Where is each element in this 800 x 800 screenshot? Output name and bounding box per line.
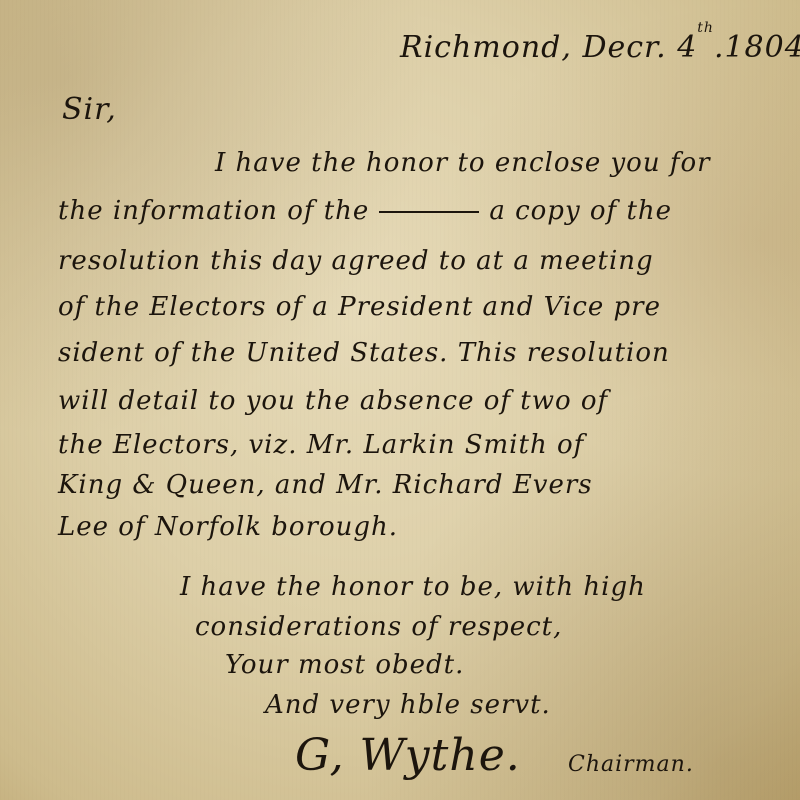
blank-line <box>379 211 479 213</box>
body-line: Lee of Norfolk borough. <box>58 512 398 542</box>
closing-line: Your most obedt. <box>225 650 464 680</box>
body-line: sident of the United States. This resolu… <box>58 338 670 368</box>
body-line: the Electors, viz. Mr. Larkin Smith of <box>58 430 584 460</box>
body-line: I have the honor to enclose you for <box>215 148 711 178</box>
dateline-day: 4 <box>677 30 697 65</box>
dateline-place: Richmond, <box>400 30 572 65</box>
body-line-part: a copy of the <box>489 196 672 226</box>
signature-name: G, Wythe. <box>295 730 521 781</box>
body-line-part: the information of the <box>58 196 369 226</box>
body-line: resolution this day agreed to at a meeti… <box>58 246 654 276</box>
body-line: the information of thea copy of the <box>58 196 672 226</box>
closing-line: considerations of respect, <box>195 612 562 642</box>
body-line: of the Electors of a President and Vice … <box>58 292 661 322</box>
body-line: will detail to you the absence of two of <box>58 386 608 416</box>
salutation: Sir, <box>62 92 117 127</box>
body-line: King & Queen, and Mr. Richard Evers <box>58 470 593 500</box>
signature-title: Chairman. <box>568 752 694 777</box>
closing-line: I have the honor to be, with high <box>180 572 646 602</box>
manuscript-page: Richmond, Decr. 4th.1804. Sir, I have th… <box>0 0 800 800</box>
dateline-day-suffix: th <box>697 20 714 36</box>
closing-line: And very hble servt. <box>265 690 551 720</box>
dateline: Richmond, Decr. 4th.1804. <box>400 30 800 65</box>
dateline-year: .1804. <box>714 30 800 65</box>
dateline-month: Decr. <box>582 30 666 65</box>
